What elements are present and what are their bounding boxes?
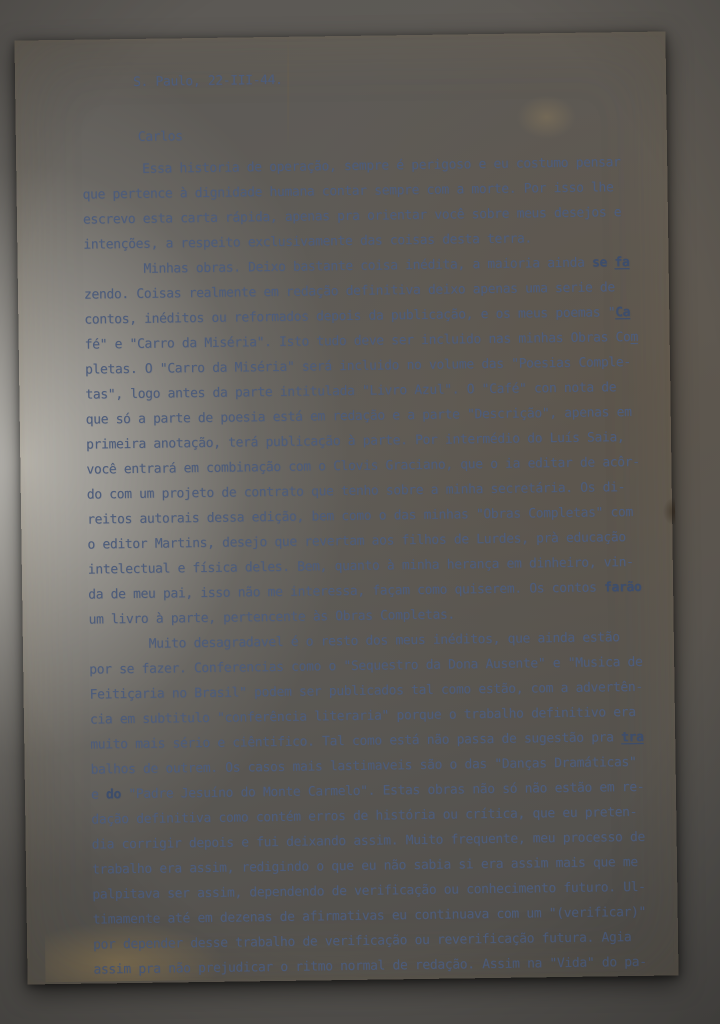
crease-mark bbox=[287, 37, 289, 155]
letter-body: Essa historia de operação, sempre é peri… bbox=[82, 150, 666, 983]
dateline: S. Paulo, 22-III-44. bbox=[133, 73, 283, 90]
salutation: Carlos bbox=[138, 129, 183, 145]
photo-backdrop: S. Paulo, 22-III-44. Carlos Essa histori… bbox=[0, 0, 720, 1024]
letter-page: S. Paulo, 22-III-44. Carlos Essa histori… bbox=[14, 32, 678, 985]
fold-mark bbox=[663, 497, 675, 525]
stain-top-right bbox=[516, 95, 577, 140]
